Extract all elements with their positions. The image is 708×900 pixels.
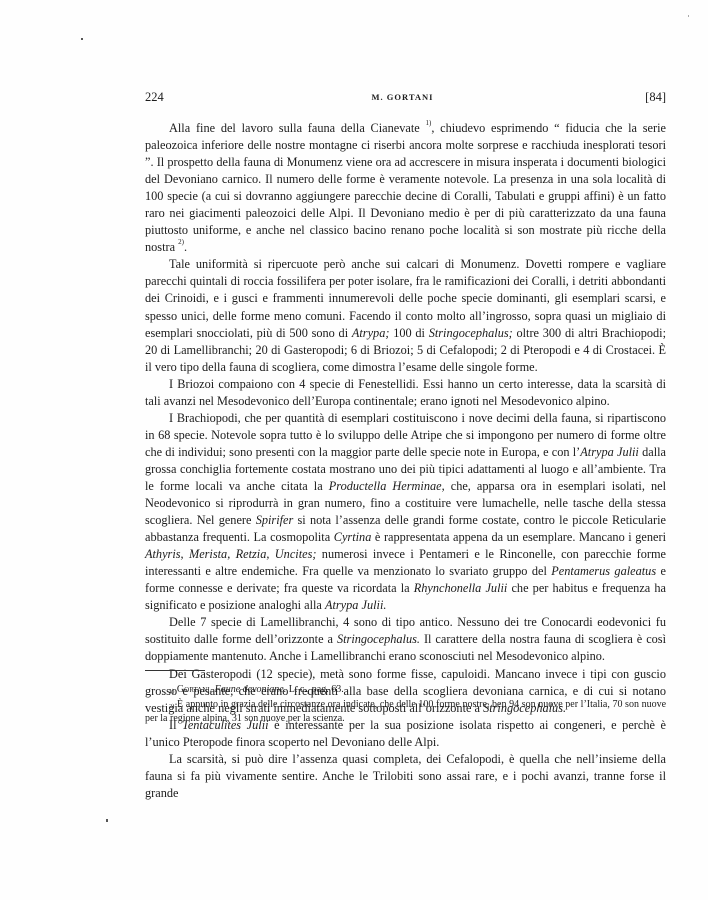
footnote-marker: 1) — [169, 688, 174, 695]
paragraph: I Briozoi compaiono con 4 specie di Fene… — [145, 376, 666, 410]
text-run: È appunto in grazia delle circostanze or… — [145, 699, 666, 725]
italic-taxon: Atrypa Julii — [580, 445, 639, 459]
paragraph: Delle 7 specie di Lamellibranchi, 4 sono… — [145, 614, 666, 665]
footnote-marker: 2) — [169, 703, 174, 710]
text-run: Alla fine del lavoro sulla fauna della C… — [169, 121, 425, 135]
italic-taxon: Pentamerus galeatus — [551, 564, 656, 578]
italic-taxon: Atrypa Julii. — [325, 598, 386, 612]
paragraph: I Brachiopodi, che per quantità di esemp… — [145, 410, 666, 615]
footnotes: 1) Gortani. Faune devoniane. L. c., pag.… — [145, 683, 666, 727]
footnote: 1) Gortani. Faune devoniane. L. c., pag.… — [145, 683, 666, 698]
italic-taxon: Faune devoniane. — [215, 684, 287, 695]
page-header: 224 M. GORTANI [84] — [139, 90, 666, 106]
text-run: L. c., pag. 63. — [286, 684, 344, 695]
text-run: La scarsità, si può dire l’assenza quasi… — [145, 752, 666, 800]
bracket-page-number: [84] — [645, 90, 666, 105]
scanned-page: 224 M. GORTANI [84] Alla fine del lavoro… — [0, 0, 708, 900]
italic-taxon: Atrypa; — [352, 326, 390, 340]
text-run: è rappresentata appena da un esemplare. … — [371, 530, 666, 544]
italic-taxon: Athyris, Merista, Retzia, Uncites; — [145, 547, 316, 561]
scan-speck — [81, 38, 83, 40]
italic-taxon: Stringocephalus; — [429, 326, 513, 340]
author-name: Gortani. — [177, 684, 212, 695]
text-run: I Briozoi compaiono con 4 specie di Fene… — [145, 377, 666, 408]
footnote-ref: 1) — [425, 119, 431, 127]
italic-taxon: Cyrtina — [334, 530, 372, 544]
paragraph: La scarsità, si può dire l’assenza quasi… — [145, 751, 666, 802]
paragraph: Tale uniformità si ripercuote però anche… — [145, 256, 666, 375]
paragraph: Alla fine del lavoro sulla fauna della C… — [145, 120, 666, 256]
italic-taxon: Rhynchonella Julii — [414, 581, 508, 595]
running-head: M. GORTANI — [139, 92, 666, 102]
footnote-ref: 2) — [178, 238, 184, 246]
italic-taxon: Productella Herminae, — [329, 479, 445, 493]
text-run: 100 di — [389, 326, 428, 340]
italic-taxon: Spirifer — [256, 513, 294, 527]
scan-speck — [688, 15, 689, 17]
italic-taxon: Stringocephalus. — [337, 632, 420, 646]
scan-speck — [106, 819, 108, 822]
footnote-rule — [145, 670, 205, 671]
footnote: 2) È appunto in grazia delle circostanze… — [145, 698, 666, 727]
text-run: . — [184, 240, 187, 254]
text-run: , chiudevo esprimendo “ fiducia che la s… — [145, 121, 666, 254]
